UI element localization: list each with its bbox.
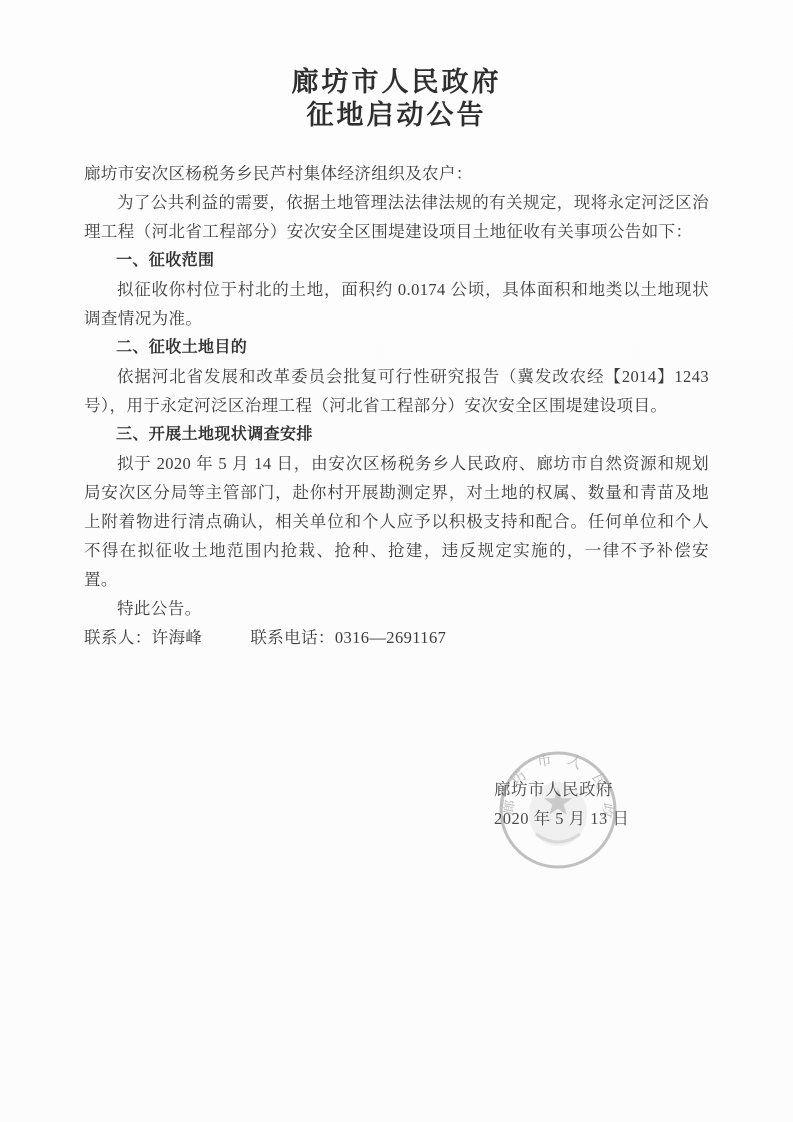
salutation-line: 廊坊市安次区杨税务乡民芦村集体经济组织及农户：	[84, 159, 709, 188]
contact-person-name: 许海峰	[152, 628, 203, 647]
signature-issuer: 廊坊市人民政府	[494, 776, 629, 805]
section-3-heading: 三、开展土地现状调查安排	[84, 420, 709, 449]
seal-ring	[501, 753, 615, 867]
section-3-paragraph: 拟于 2020 年 5 月 14 日，由安次区杨税务乡人民政府、廊坊市自然资源和…	[84, 449, 709, 594]
document-body: 廊坊市安次区杨税务乡民芦村集体经济组织及农户： 为了公共利益的需要，依据土地管理…	[84, 159, 709, 652]
official-seal: 廊坊市人民政府	[496, 748, 620, 872]
seal-inscription: 廊坊市人民政府	[496, 748, 617, 832]
document-title-block: 廊坊市人民政府 征地启动公告	[84, 66, 709, 132]
scanned-document-page: 廊坊市人民政府 征地启动公告 廊坊市安次区杨税务乡民芦村集体经济组织及农户： 为…	[0, 0, 793, 1122]
title-issuer: 廊坊市人民政府	[84, 66, 709, 99]
section-1-heading: 一、征收范围	[84, 246, 709, 275]
section-2-paragraph: 依据河北省发展和改革委员会批复可行性研究报告（冀发改农经【2014】1243 号…	[84, 362, 709, 420]
contact-phone-number: 0316—2691167	[335, 628, 446, 647]
section-2-heading: 二、征收土地目的	[84, 333, 709, 362]
contact-line: 联系人：许海峰联系电话：0316—2691167	[84, 623, 709, 652]
seal-emblem-wreath	[536, 834, 580, 842]
signature-date: 2020 年 5 月 13 日	[494, 805, 629, 834]
closing-line: 特此公告。	[84, 594, 709, 623]
seal-star-icon	[544, 788, 572, 815]
contact-phone-label: 联系电话：	[250, 628, 335, 647]
seal-emblem-background	[529, 782, 587, 846]
section-1-paragraph: 拟征收你村位于村北的土地，面积约 0.0174 公顷，具体面积和地类以土地现状调…	[84, 275, 709, 333]
contact-person-label: 联系人：	[84, 628, 152, 647]
document-content: 廊坊市人民政府 征地启动公告 廊坊市安次区杨税务乡民芦村集体经济组织及农户： 为…	[0, 0, 793, 652]
title-notice-type: 征地启动公告	[84, 99, 709, 132]
signature-text-block: 廊坊市人民政府 2020 年 5 月 13 日	[494, 776, 629, 833]
intro-paragraph: 为了公共利益的需要，依据土地管理法法律法规的有关规定，现将永定河泛区治理工程（河…	[84, 188, 709, 246]
